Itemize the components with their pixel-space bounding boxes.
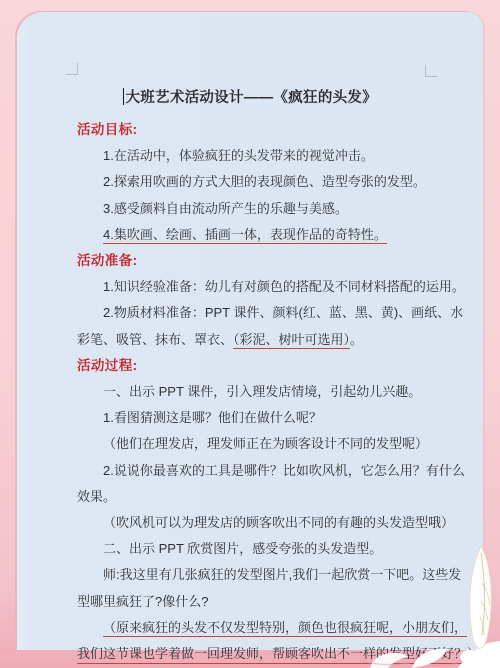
text-line: 2.探索用吹画的方式大胆的表现颜色、造型夸张的发型。 [77, 169, 437, 195]
text-line: 二、出示 PPT 欣赏图片，感受夸张的头发造型。 [77, 536, 437, 562]
text-line: 型哪里疯狂了?像什么? [77, 589, 437, 615]
text-line: （吹风机可以为理发店的顾客吹出不同的有趣的头发造型哦） [77, 510, 437, 536]
document-page[interactable]: 大班艺术活动设计——《疯狂的头发》 活动目标:1.在活动中，体验疯狂的头发带来的… [17, 12, 483, 650]
text-line: 3.感受颜料自由流动所产生的乐趣与美感。 [77, 196, 437, 222]
text-line: 1.看图猜测这是哪？他们在做什么呢？ [77, 405, 437, 431]
screen: { "window": { "width": 500, "height": 66… [0, 0, 500, 668]
text-line: 彩笔、吸管、抹布、罩衣、（彩泥、树叶可选用）。 [77, 327, 437, 353]
document-title-row: 大班艺术活动设计——《疯狂的头发》 [17, 86, 483, 110]
text-line: 师:我这里有几张疯狂的发型图片,我们一起欣赏一下吧。这些发 [77, 562, 437, 588]
section-heading: 活动准备: [77, 248, 437, 274]
text-line: 1.知识经验准备：幼儿有对颜色的搭配及不同材料搭配的运用。 [77, 274, 437, 300]
document-title: 大班艺术活动设计——《疯狂的头发》 [125, 90, 377, 106]
text-line: 一、出示 PPT 课件，引入理发店情境，引起幼儿兴趣。 [77, 379, 437, 405]
text-line: 效果。 [77, 484, 437, 510]
document-lines: 活动目标:1.在活动中，体验疯狂的头发带来的视觉冲击。2.探索用吹画的方式大胆的… [17, 117, 483, 667]
text-line: （原来疯狂的头发不仅发型特别，颜色也很疯狂呢，小朋友们， [77, 615, 437, 641]
section-heading: 活动过程: [77, 353, 437, 379]
text-line: 4.集吹画、绘画、插画一体，表现作品的奇特性。 [77, 222, 437, 248]
text-line: （他们在理发店，理发师正在为顾客设计不同的发型呢） [77, 431, 437, 457]
text-line: 2.说说你最喜欢的工具是哪件？比如吹风机，它怎么用？有什么 [77, 458, 437, 484]
text-line: 1.在活动中，体验疯狂的头发带来的视觉冲击。 [77, 143, 437, 169]
text-line: 我们这节课也学着做一回理发师，帮顾客吹出不一样的发型好不好？） [77, 641, 437, 667]
text-line: 2.物质材料准备：PPT 课件、颜料(红、蓝、黑、黄)、画纸、水 [77, 300, 437, 326]
section-heading: 活动目标: [77, 117, 437, 143]
margin-corner-mark-top-left [66, 63, 78, 75]
margin-corner-mark-top-right [425, 65, 437, 77]
